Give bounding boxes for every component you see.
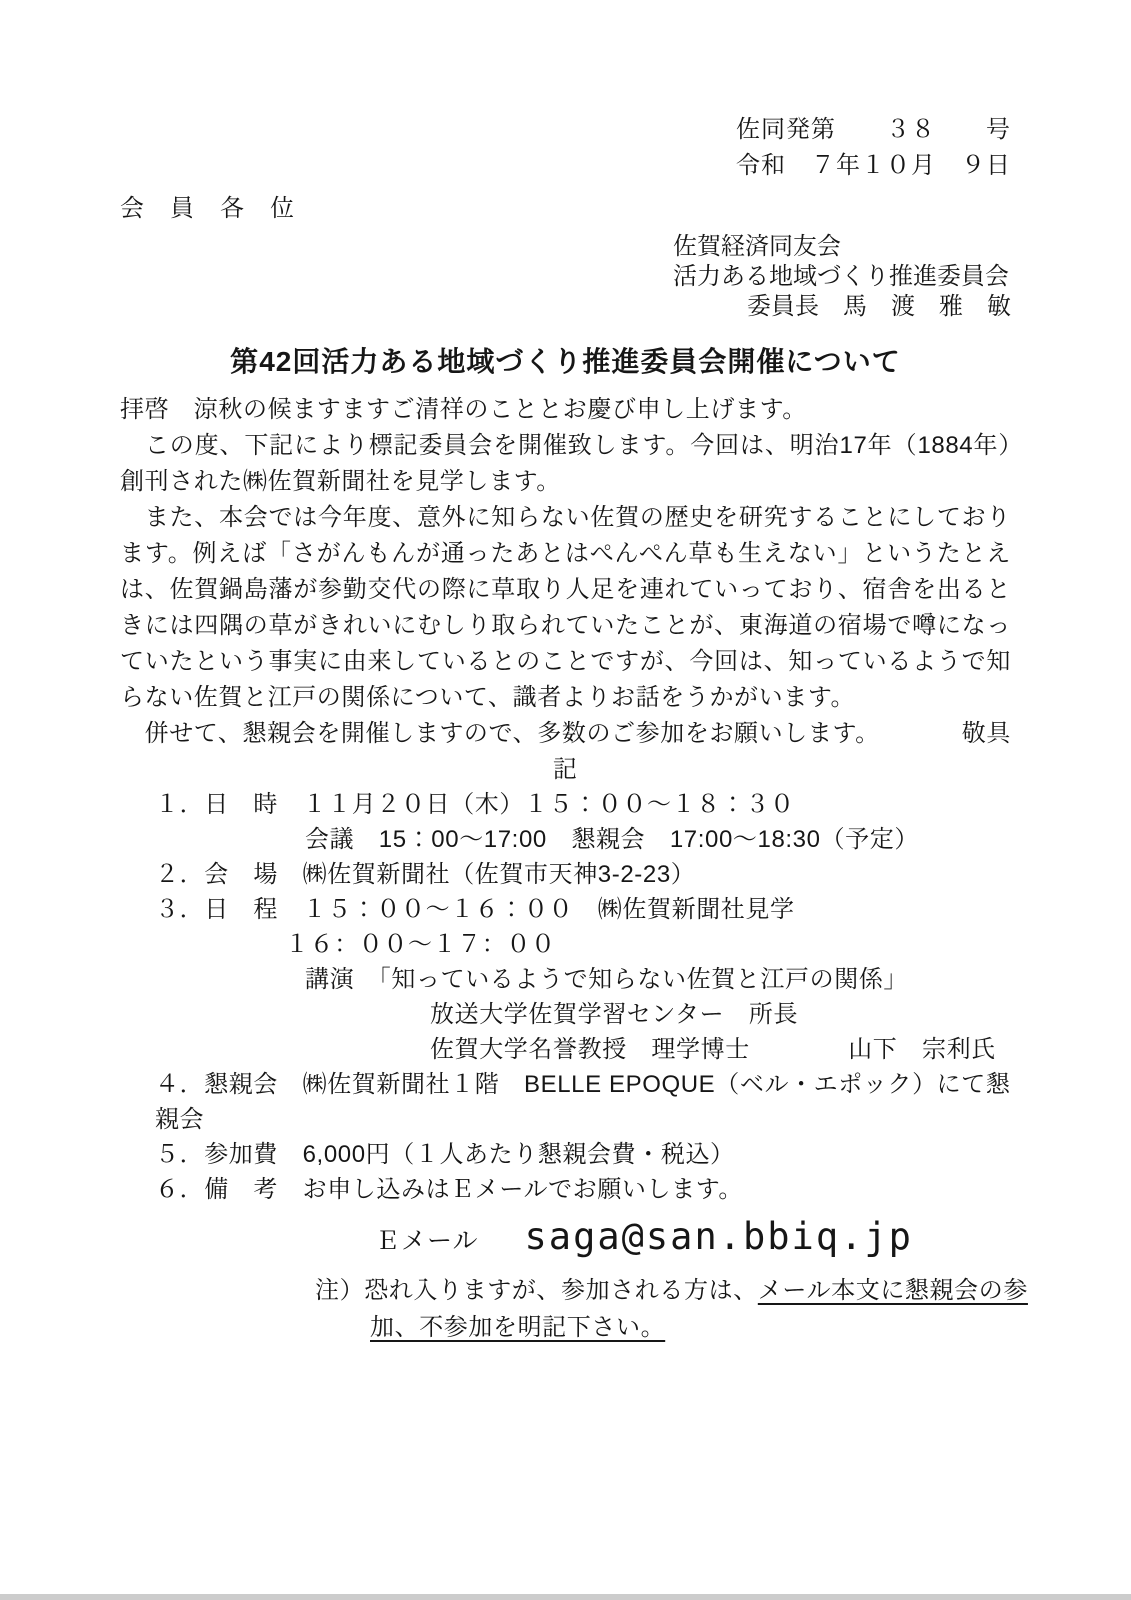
recipient: 会 員 各 位 <box>120 194 1011 224</box>
email-address: saga@san.bbiq.jp <box>525 1215 913 1258</box>
sender-chairman: 委員長 馬 渡 雅 敏 <box>673 292 1011 322</box>
document-header: 佐同発第 ３８ 号 令和 ７年１０月 ９日 <box>120 112 1011 184</box>
sender-block: 佐賀経済同友会 活力ある地域づくり推進委員会 委員長 馬 渡 雅 敏 <box>673 232 1011 322</box>
closing-keigu: 敬具 <box>962 716 1011 752</box>
agenda-line-lecturer-name: 佐賀大学名誉教授 理学博士 山下 宗利氏 <box>430 1032 1011 1067</box>
agenda-line-remarks: ６．備 考 お申し込みはＥメールでお願いします。 <box>155 1172 1011 1207</box>
doc-number: 佐同発第 ３８ 号 <box>120 112 1011 148</box>
agenda-line-schedule-detail: 会議 15：00～17:00 懇親会 17:00～18:30（予定） <box>305 822 1011 857</box>
agenda-line-datetime: １．日 時 １１月２０日（木）１５：００～１８：３０ <box>155 787 1011 822</box>
paragraph-invite: 併せて、懇親会を開催しますので、多数のご参加をお願いします。 敬具 <box>120 716 1011 752</box>
sender-committee: 活力ある地域づくり推進委員会 <box>673 262 1011 292</box>
paragraph-background: また、本会では今年度、意外に知らない佐賀の歴史を研究することにしております。例え… <box>120 500 1011 716</box>
document-body: 拝啓 涼秋の候ますますご清祥のこととお慶び申し上げます。 この度、下記により標記… <box>120 392 1011 752</box>
page-bottom-edge <box>0 1594 1131 1600</box>
agenda-line-program: ３．日 程 １５：００～１６：００ ㈱佐賀新聞社見学 <box>155 892 1011 927</box>
document-page: 佐同発第 ３８ 号 令和 ７年１０月 ９日 会 員 各 位 佐賀経済同友会 活力… <box>0 0 1131 1600</box>
paragraph-greeting: 拝啓 涼秋の候ますますご清祥のこととお慶び申し上げます。 <box>120 392 1011 428</box>
note-lead: 恐れ入りますが、参加される方は、 <box>364 1277 758 1304</box>
agenda-list: １．日 時 １１月２０日（木）１５：００～１８：３０ 会議 15：00～17:0… <box>120 787 1011 1207</box>
agenda-line-program-time2: １６：００～１７：００ <box>285 927 1011 962</box>
sender-org: 佐賀経済同友会 <box>673 232 1011 262</box>
email-row: Ｅメール saga@san.bbiq.jp <box>375 1215 1011 1258</box>
invite-text: 併せて、懇親会を開催しますので、多数のご参加をお願いします。 <box>120 720 880 747</box>
paragraph-intro: この度、下記により標記委員会を開催致します。今回は、明治17年（1884年）創刊… <box>120 428 1011 500</box>
document-title: 第42回活力ある地域づくり推進委員会開催について <box>120 342 1011 382</box>
record-marker: 記 <box>120 752 1011 787</box>
issue-date: 令和 ７年１０月 ９日 <box>120 148 1011 184</box>
note: 注）恐れ入りますが、参加される方は、メール本文に懇親会の参加、不参加を明記下さい… <box>315 1272 1035 1346</box>
agenda-line-lecturer-title: 放送大学佐賀学習センター 所長 <box>430 997 1011 1032</box>
document-content: 佐同発第 ３８ 号 令和 ７年１０月 ９日 会 員 各 位 佐賀経済同友会 活力… <box>0 0 1131 1346</box>
agenda-line-lecture: 講演 「知っているようで知らない佐賀と江戸の関係」 <box>305 962 1011 997</box>
agenda-line-venue: ２．会 場 ㈱佐賀新聞社（佐賀市天神3-2-23） <box>155 857 1011 892</box>
email-label: Ｅメール <box>375 1221 479 1257</box>
note-prefix: 注） <box>315 1277 364 1304</box>
agenda-line-fee: ５．参加費 6,000円（１人あたり懇親会費・税込） <box>155 1137 1011 1172</box>
agenda-line-party: ４．懇親会 ㈱佐賀新聞社１階 BELLE EPOQUE（ベル・エポック）にて懇親… <box>155 1067 1011 1137</box>
